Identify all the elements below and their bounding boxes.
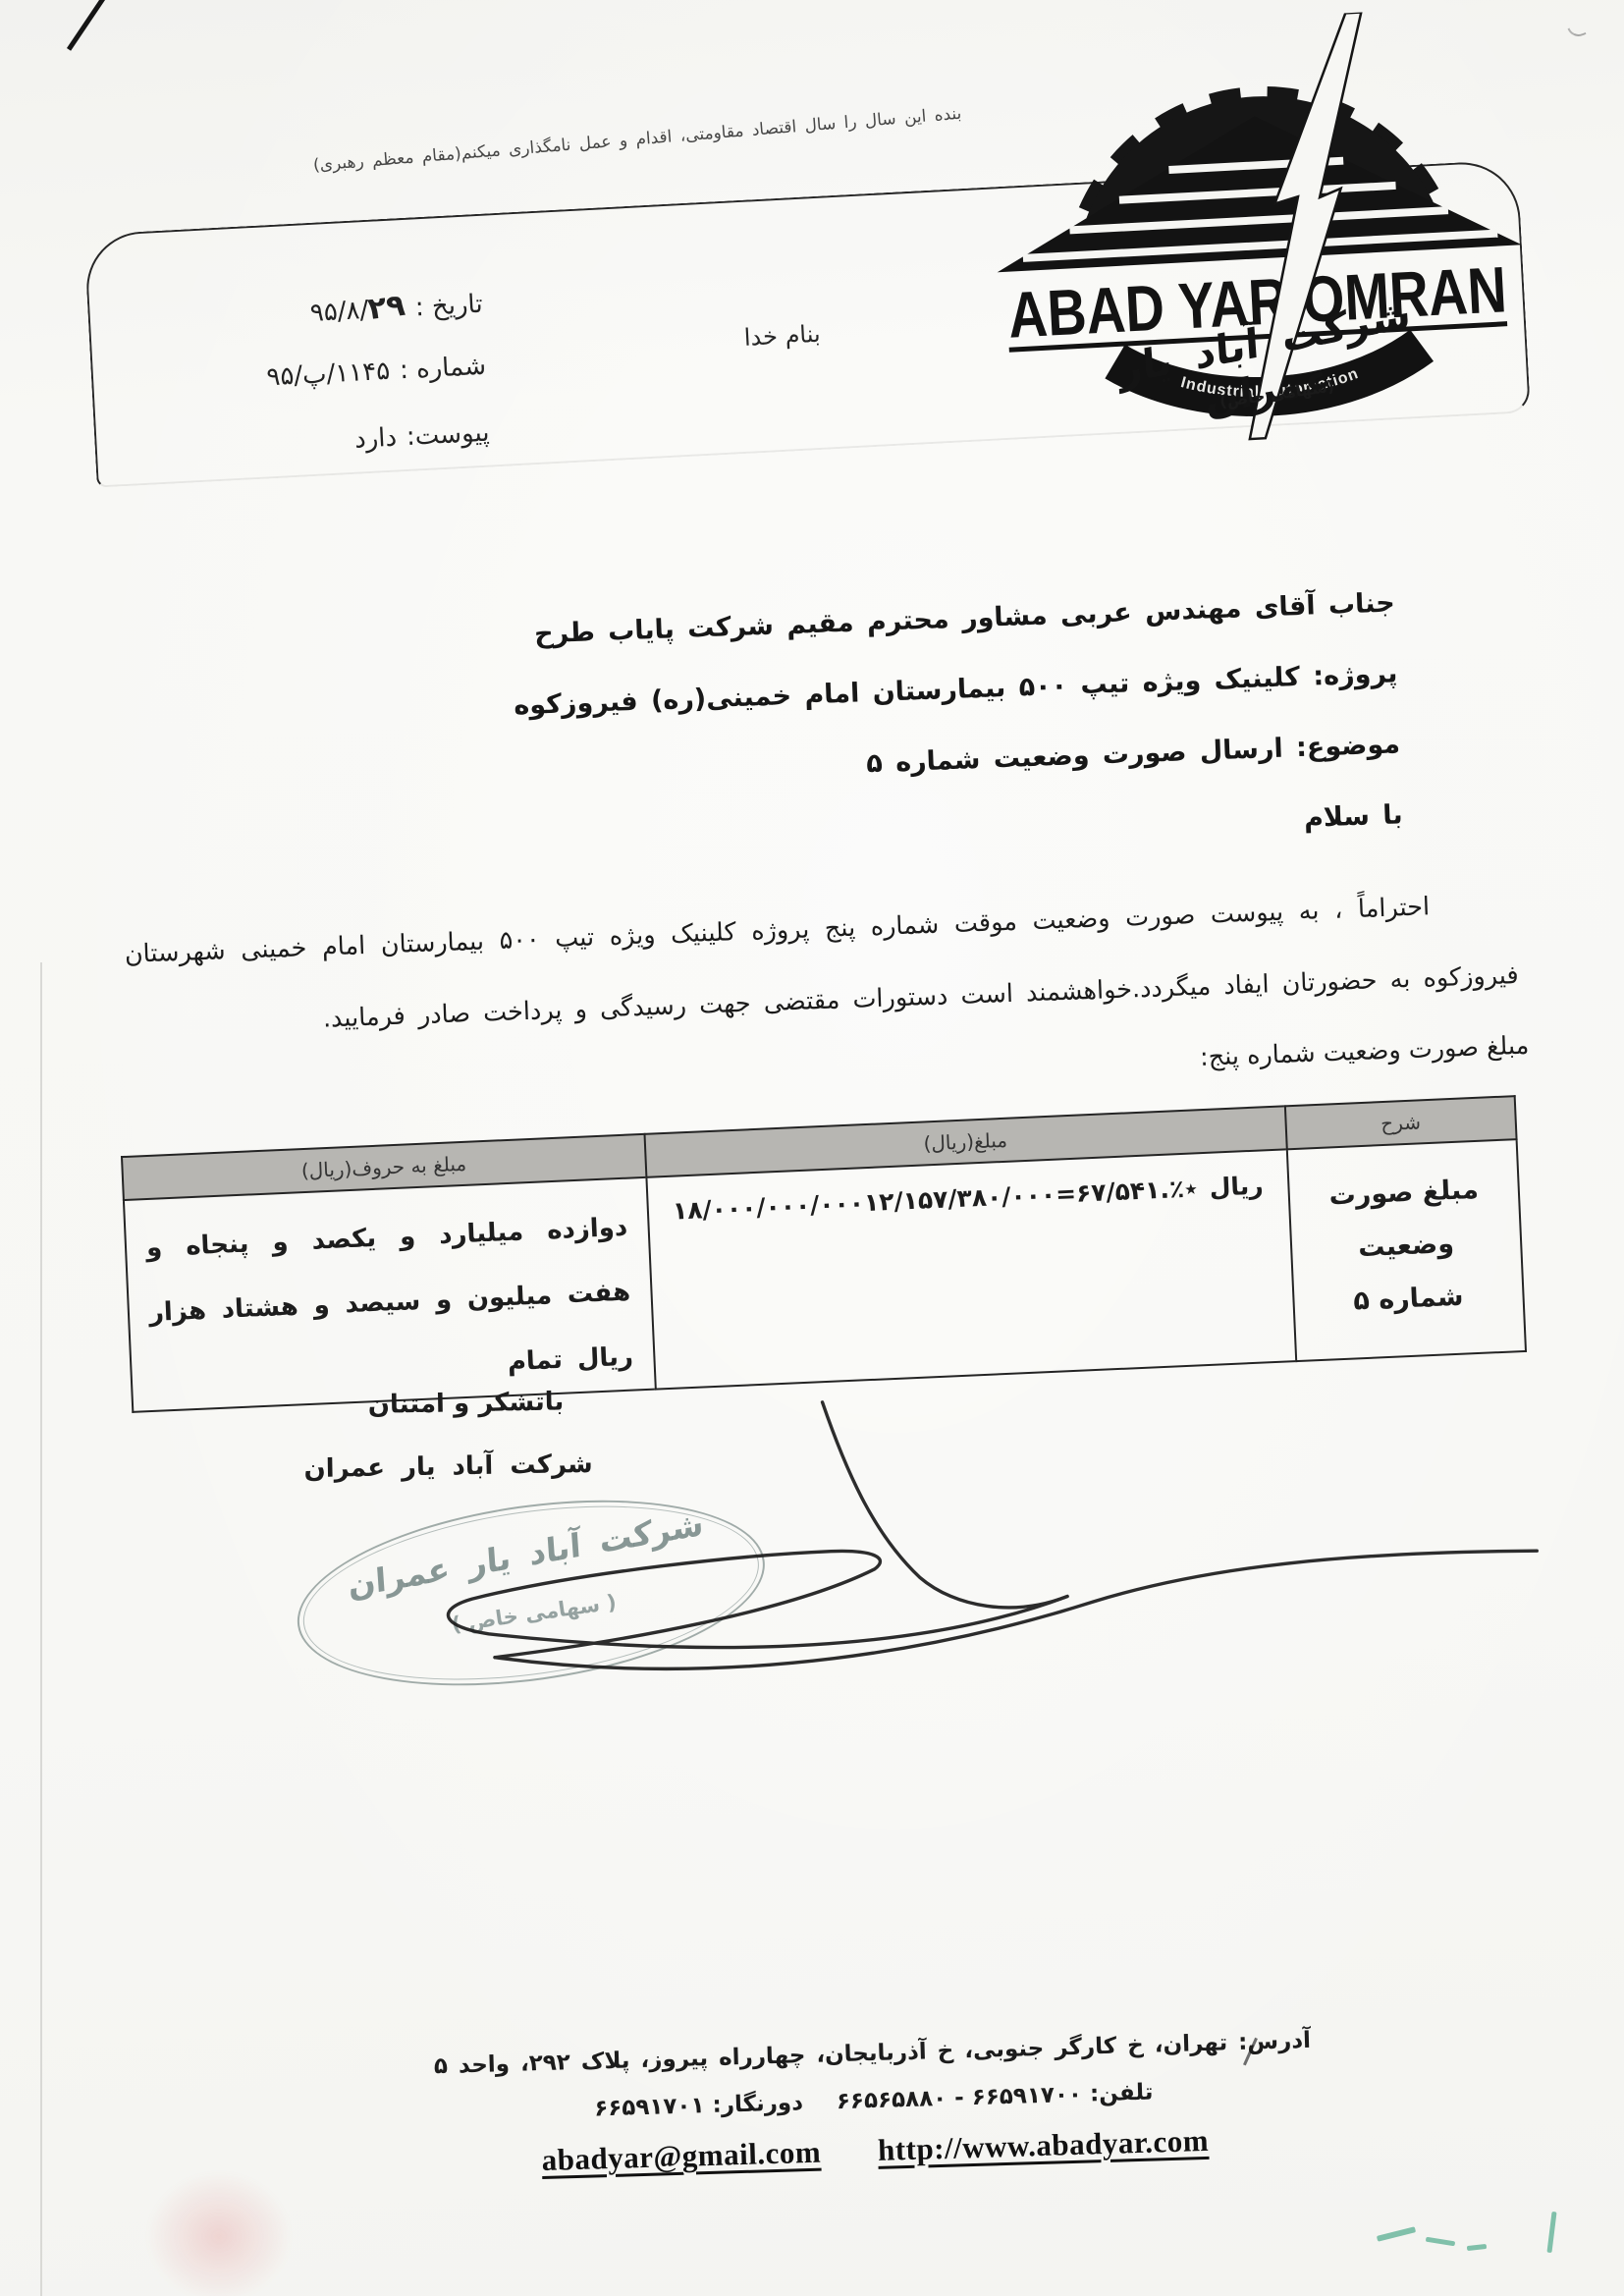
green-pen-mark — [1377, 2226, 1416, 2241]
letter-footer: آدرس: تهران، خ کارگر جنوبی، خ آذربایجان،… — [410, 2027, 1336, 2182]
green-pen-mark — [1546, 2212, 1556, 2253]
cell-amount: ریال ۱۸/۰۰۰/۰۰۰/۰۰۰٭٪.۶۷/۵۴۱=۱۲/۱۵۷/۳۸۰/… — [646, 1149, 1296, 1389]
logo-roof-icon — [990, 102, 1522, 272]
amount-formula: ۱۸/۰۰۰/۰۰۰/۰۰۰٭٪.۶۷/۵۴۱=۱۲/۱۵۷/۳۸۰/۰۰۰ — [672, 1174, 1198, 1225]
footer-address: آدرس: تهران، خ کارگر جنوبی، خ آذربایجان،… — [410, 2027, 1333, 2080]
handwritten-day: ۲۹ — [366, 288, 407, 327]
footer-links: abadyar@gmail.com http://www.abadyar.com — [413, 2119, 1337, 2182]
scanned-letter-page: بنده این سال را سال اقتصاد مقاومتی، اقدا… — [0, 0, 1624, 2296]
footer-email: abadyar@gmail.com — [541, 2135, 821, 2178]
pen-squiggle-mark — [1567, 24, 1586, 40]
attachment-label: پیوست: — [406, 418, 490, 452]
date-value: ۹۵/۸/۲۹ — [309, 294, 406, 328]
footer-website: http://www.abadyar.com — [878, 2123, 1210, 2168]
cell-description: مبلغ صورت وضعیت شماره ۵ — [1286, 1139, 1525, 1361]
footer-phone: تلفن: ۶۶۵۹۱۷۰۰ - ۶۶۵۶۵۸۸۰ — [837, 2080, 1154, 2115]
signature-strokes — [321, 1382, 1553, 1688]
faded-red-stamp-mark — [145, 2170, 293, 2296]
letterhead: بنده این سال را سال اقتصاد مقاومتی، اقدا… — [59, 21, 1571, 511]
letter-body: جناب آقای مهندس عربی مشاور محترم مقیم شر… — [108, 564, 1532, 1165]
amount-currency: ریال — [1209, 1171, 1264, 1201]
attachment-value: دارد — [353, 423, 397, 455]
cell-amount-words: دوازده میلیارد و یکصد و پنجاه و هفت میلی… — [124, 1177, 655, 1412]
green-pen-mark — [1467, 2244, 1487, 2251]
number-label: شماره : — [399, 352, 486, 386]
green-pen-mark — [1426, 2237, 1455, 2247]
date-label: تاریخ : — [414, 290, 483, 323]
scan-corner-mark — [67, 0, 107, 51]
signature-block: باتشکر و امتنان شرکت آباد یار عمران شرکت… — [292, 1362, 1564, 1718]
footer-phones: تلفن: ۶۶۵۹۱۷۰۰ - ۶۶۵۶۵۸۸۰دورنگار: ۶۶۵۹۱۷… — [412, 2074, 1335, 2127]
letterhead-slogan: بنده این سال را سال اقتصاد مقاومتی، اقدا… — [312, 98, 1028, 175]
footer-fax: دورنگار: ۶۶۵۹۱۷۰۱ — [594, 2090, 803, 2121]
scan-edge-line — [40, 962, 42, 2296]
